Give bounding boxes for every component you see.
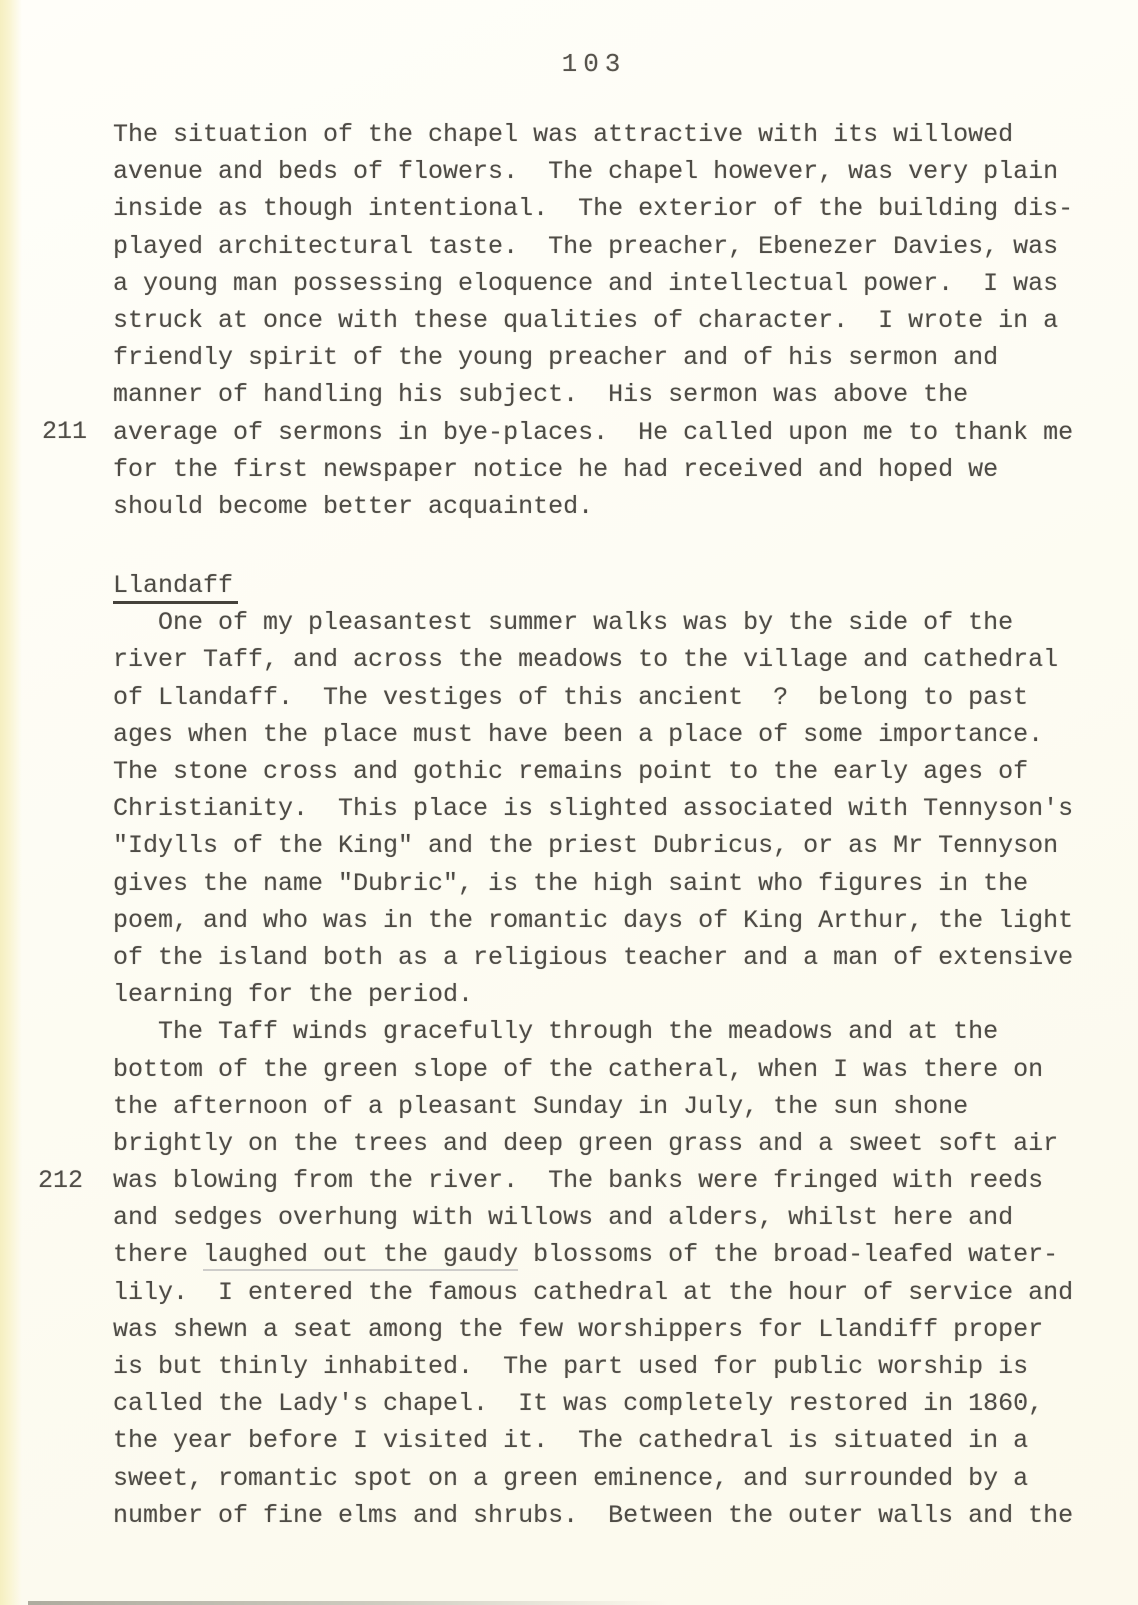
text-segment: there [113,1240,203,1269]
text-line: the afternoon of a pleasant Sunday in Ju… [113,1088,1123,1125]
text-line: there laughed out the gaudy blossoms of … [113,1236,1123,1273]
text-line: avenue and beds of flowers. The chapel h… [113,153,1123,190]
page-number: 103 [113,46,1075,83]
text-line: a young man possessing eloquence and int… [113,265,1123,302]
text-line: was blowing from the river. The banks we… [113,1162,1123,1199]
paragraph-3: The Taff winds gracefully through the me… [113,1013,1123,1534]
text-line: inside as though intentional. The exteri… [113,190,1123,227]
text-line: average of sermons in bye-places. He cal… [113,414,1123,451]
page-bottom-edge [28,1601,668,1605]
paragraph-2: One of my pleasantest summer walks was b… [113,604,1123,1013]
text-line: called the Lady's chapel. It was complet… [113,1385,1123,1422]
text-segment: blossoms of the broad-leafed water- [518,1240,1058,1269]
text-column: The situation of the chapel was attracti… [113,116,1123,1534]
margin-number-211: 211 [42,413,87,450]
text-line: lily. I entered the famous cathedral at … [113,1274,1123,1311]
text-line: gives the name "Dubric", is the high sai… [113,865,1123,902]
text-line: bottom of the green slope of the cathera… [113,1051,1123,1088]
text-line: the year before I visited it. The cathed… [113,1422,1123,1459]
text-line: struck at once with these qualities of c… [113,302,1123,339]
text-line: The stone cross and gothic remains point… [113,753,1123,790]
paragraph-gap [113,525,1123,567]
section-heading-text: Llandaff [113,571,238,604]
text-line: was shewn a seat among the few worshippe… [113,1311,1123,1348]
paragraph-1: The situation of the chapel was attracti… [113,116,1123,525]
text-line: played architectural taste. The preacher… [113,228,1123,265]
text-line: should become better acquainted. [113,488,1123,525]
text-line: and sedges overhung with willows and ald… [113,1199,1123,1236]
text-line: Christianity. This place is slighted ass… [113,790,1123,827]
text-line: is but thinly inhabited. The part used f… [113,1348,1123,1385]
text-line: number of fine elms and shrubs. Between … [113,1497,1123,1534]
pencil-underline: laughed out the gaudy [203,1240,518,1271]
text-line: of Llandaff. The vestiges of this ancien… [113,679,1123,716]
text-line: sweet, romantic spot on a green eminence… [113,1460,1123,1497]
text-line: "Idylls of the King" and the priest Dubr… [113,827,1123,864]
page-left-edge [0,0,22,1605]
section-heading: Llandaff [113,567,1123,604]
scanned-page: 103 211 212 The situation of the chapel … [0,0,1138,1605]
text-line: manner of handling his subject. His serm… [113,376,1123,413]
text-line: The Taff winds gracefully through the me… [113,1013,1123,1050]
text-line: poem, and who was in the romantic days o… [113,902,1123,939]
margin-number-212: 212 [38,1162,83,1199]
text-line: One of my pleasantest summer walks was b… [113,604,1123,641]
text-line: for the first newspaper notice he had re… [113,451,1123,488]
text-line: river Taff, and across the meadows to th… [113,641,1123,678]
text-line: ages when the place must have been a pla… [113,716,1123,753]
text-line: friendly spirit of the young preacher an… [113,339,1123,376]
text-line: learning for the period. [113,976,1123,1013]
text-line: The situation of the chapel was attracti… [113,116,1123,153]
text-line: brightly on the trees and deep green gra… [113,1125,1123,1162]
text-line: of the island both as a religious teache… [113,939,1123,976]
